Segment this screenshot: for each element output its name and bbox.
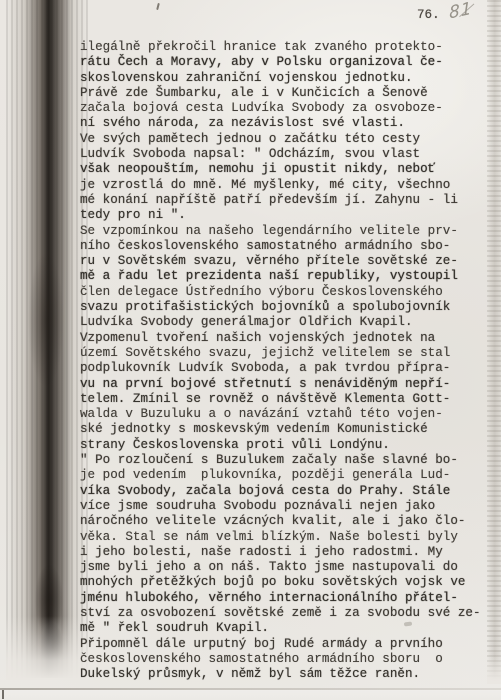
text-line: náročného velitele vzácných kvalit, ale … bbox=[80, 514, 490, 529]
text-line: vu na první bojové střetnutí s nenáviděn… bbox=[80, 377, 490, 392]
text-line: skoslovenskou zahraniční vojenskou jedno… bbox=[80, 71, 490, 86]
text-line: ství za osvobození sovětské země i za sv… bbox=[80, 606, 490, 621]
text-line: je pod vedením plukovníka, později gener… bbox=[80, 468, 490, 483]
text-line: rátu Čech a Moravy, aby v Polsku organiz… bbox=[80, 55, 490, 70]
text-line: telem. Zmínil se rovněž o návštěvě Kleme… bbox=[80, 392, 490, 407]
scanned-document-page: 76. 81 ilegálně překročil hranice tak zv… bbox=[0, 0, 501, 700]
scan-background-strip bbox=[0, 690, 501, 700]
text-line: svazu protifašistických bojovníků a spol… bbox=[80, 300, 490, 315]
text-line: mě " řekl soudruh Kvapil. bbox=[80, 621, 490, 636]
text-line: člen delegace Ústředního výboru Českoslo… bbox=[80, 285, 490, 300]
ink-speck bbox=[156, 3, 160, 10]
text-line: československého samostatného armádního … bbox=[80, 652, 490, 667]
text-line: ské jednotky s moskevským vedením Komuni… bbox=[80, 422, 490, 437]
typewritten-text-block: ilegálně překročil hranice tak zvaného p… bbox=[80, 40, 490, 682]
text-line: jsme byli jeho a on náš. Takto jsme nast… bbox=[80, 560, 490, 575]
text-line: Dukelský průsmyk, v němž byl sám těžce r… bbox=[80, 667, 490, 682]
text-line: strany Československa proti vůli Londýnu… bbox=[80, 438, 490, 453]
text-line: mnohých přetěžkých bojů po boku sovětský… bbox=[80, 575, 490, 590]
paper-smudge bbox=[406, 580, 410, 582]
text-line: začala bojová cesta Ludvíka Svobody za o… bbox=[80, 101, 490, 116]
corner-mark bbox=[2, 690, 4, 699]
typed-page-number: 76. bbox=[417, 8, 440, 22]
text-line: Ludvíka Svobody generálmajor Oldřich Kva… bbox=[80, 315, 490, 330]
text-line: Se vzpomínkou na našeho legendárního vel… bbox=[80, 224, 490, 239]
text-line: mě a řadu let prezidenta naší republiky,… bbox=[80, 269, 490, 284]
text-line: věka. Stal se nám velmi blízkým. Naše bo… bbox=[80, 530, 490, 545]
paper-right-edge bbox=[487, 0, 501, 682]
text-line: však neopouštím, nemohu ji opustit nikdy… bbox=[80, 162, 490, 177]
text-line: území Sovětského svazu, jejichž velitele… bbox=[80, 346, 490, 361]
text-line: jménu hlubokého, věrného internacionální… bbox=[80, 591, 490, 606]
text-line: více jsme soudruha Svobodu poznávali nej… bbox=[80, 499, 490, 514]
text-line: je vzrostlá do mně. Mé myšlenky, mé city… bbox=[80, 178, 490, 193]
text-line: Připomněl dále urputný boj Rudé armády a… bbox=[80, 637, 490, 652]
text-line: ru v Sovětském svazu, věrného přítele so… bbox=[80, 254, 490, 269]
text-line: " Po rozloučení s Buzulukem začaly naše … bbox=[80, 453, 490, 468]
text-line: Právě zde Šumbarku, ale i v Kunčicích a … bbox=[80, 86, 490, 101]
text-line: i jeho bolesti, naše radosti i jeho rado… bbox=[80, 545, 490, 560]
text-line: víka Svobody, začala bojová cesta do Pra… bbox=[80, 484, 490, 499]
text-line: podplukovník Ludvík Svoboda, a pak tvrdo… bbox=[80, 361, 490, 376]
text-line: ní svého národa, za nezávislost své vlas… bbox=[80, 116, 490, 131]
text-line: ilegálně překročil hranice tak zvaného p… bbox=[80, 40, 490, 55]
text-line: Vzpomenul tvoření našich vojenských jedn… bbox=[80, 331, 490, 346]
text-line: tedy pro ni ". bbox=[80, 208, 490, 223]
handwritten-page-number: 81 bbox=[449, 0, 473, 24]
text-line: walda v Buzuluku a o navázání vztahů tét… bbox=[80, 407, 490, 422]
text-line: ního československého samostatného armád… bbox=[80, 239, 490, 254]
text-line: mé konání napříště patří především jí. Z… bbox=[80, 193, 490, 208]
binding-shadow bbox=[6, 0, 88, 678]
text-line: Ludvík Svoboda napsal: " Odcházím, svou … bbox=[80, 147, 490, 162]
text-line: Ve svých pamětech jednou o začátku této … bbox=[80, 132, 490, 147]
